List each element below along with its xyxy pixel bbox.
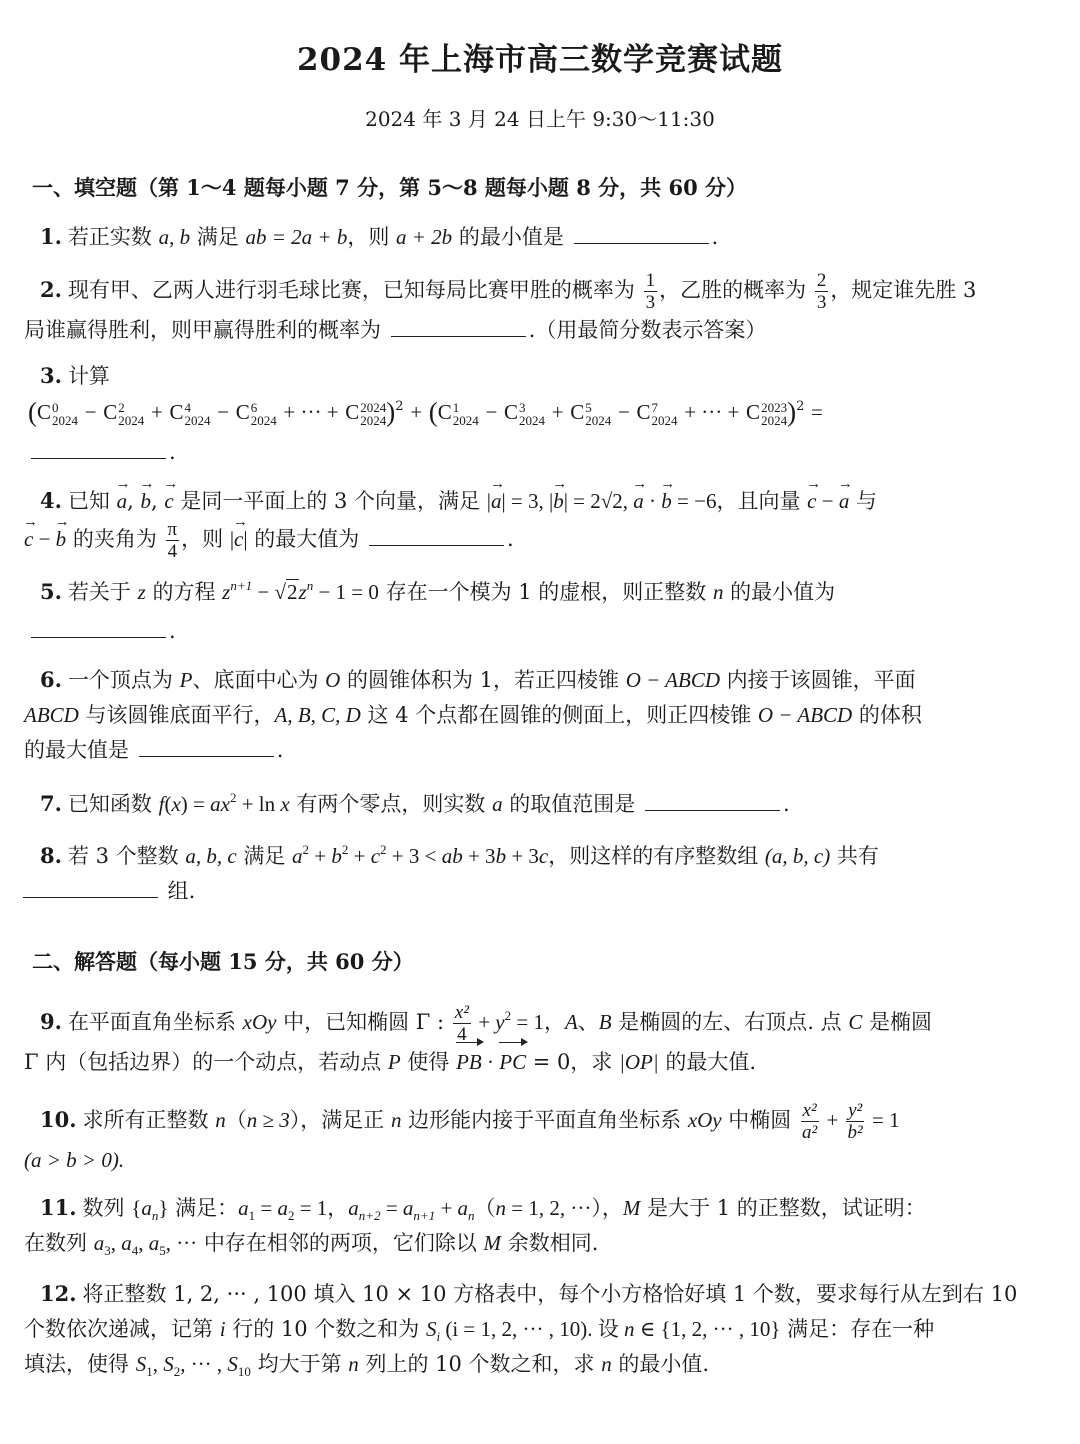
fraction: π4 <box>166 519 180 562</box>
binomial: C02024 <box>37 400 78 424</box>
math: a <box>149 1231 160 1255</box>
math: O − ABCD <box>626 668 720 692</box>
math: − <box>217 400 229 424</box>
text-span: 共有 <box>830 844 879 868</box>
math: = <box>811 400 823 424</box>
math: x <box>171 792 180 816</box>
question-number: 6. <box>40 667 62 692</box>
math: n <box>601 1352 612 1376</box>
question-number: 9. <box>40 1009 62 1034</box>
paren: ( <box>28 397 37 427</box>
math: ab = 2a + b <box>245 225 347 249</box>
text-span: 是大于 1 的正整数，试证明： <box>640 1196 925 1220</box>
math: a <box>292 844 303 868</box>
text-span: 72024 <box>652 401 678 427</box>
exam-page: 2024 年上海市高三数学竞赛试题 2024 年 3 月 24 日上午 9:30… <box>0 0 1080 1444</box>
math: + 3 < <box>387 844 442 868</box>
text-span: 有两个零点，则实数 <box>290 792 492 816</box>
math: b² <box>846 1122 865 1143</box>
question-6: 6.一个顶点为 P、底面中心为 O 的圆锥体积为 1，若正四棱锥 O − ABC… <box>32 662 1052 768</box>
math: ab <box>442 844 463 868</box>
vector-PB: PB <box>456 1045 482 1080</box>
math: |OP| <box>619 1050 659 1074</box>
text-span: 在数列 <box>24 1231 94 1255</box>
text-span: c <box>24 522 33 557</box>
math: n+1 <box>230 578 252 593</box>
fraction: 13 <box>644 270 658 313</box>
text-span: ，则这样的有序整数组 <box>548 844 765 868</box>
math: xOy <box>688 1108 722 1132</box>
section-heading-fill-in: 一、填空题（第 1～4 题每小题 7 分，第 5～8 题每小题 8 分，共 60… <box>32 172 747 202</box>
question-text: 的方程 <box>146 580 222 604</box>
math: + <box>309 844 331 868</box>
text-span: 这 4 个点都在圆锥的侧面上，则正四棱锥 <box>361 703 758 727</box>
question-text: ，乙胜的概率为 <box>659 278 813 302</box>
text-span: 42024 <box>184 401 210 427</box>
math: n <box>496 1196 507 1220</box>
math: + <box>473 1010 495 1034</box>
math: | = 2√2, <box>564 489 634 513</box>
math: A, B, C, D <box>275 703 361 727</box>
math: n ≥ 3 <box>247 1108 290 1132</box>
math: − 1 = 0 <box>313 580 379 604</box>
punctuation: . <box>169 440 176 464</box>
text-span: ），满足正 <box>290 1108 391 1132</box>
question-number: 11. <box>40 1195 77 1220</box>
vector-b: b <box>140 484 151 519</box>
text-span: 22024 <box>118 401 144 427</box>
math: a <box>403 1196 414 1220</box>
text-span: 满足： <box>168 1196 238 1220</box>
text-span: ， <box>327 1196 348 1220</box>
text-span: a <box>491 484 502 519</box>
math: S <box>426 1317 437 1341</box>
text-span: 2024 <box>585 414 611 427</box>
math: , <box>153 1352 164 1376</box>
question-7: 7.已知函数 f(x) = ax2 + ln x 有两个零点，则实数 a 的取值… <box>32 786 1052 822</box>
math: B <box>599 1010 612 1034</box>
answer-blank <box>139 755 274 757</box>
answer-blank <box>369 544 504 546</box>
math: ax <box>210 792 230 816</box>
text-span: 满足：存在一种 <box>780 1317 934 1341</box>
binomial: C42024 <box>169 400 210 424</box>
question-2: 2.现有甲、乙两人进行羽毛球比赛，已知每局比赛甲胜的概率为 13，乙胜的概率为 … <box>32 270 1052 348</box>
math: O − ABCD <box>758 703 852 727</box>
math: a <box>94 1231 105 1255</box>
text-span: 20232024 <box>761 401 787 427</box>
math: = 1 <box>867 1108 900 1132</box>
text-span: 一个顶点为 <box>68 668 180 692</box>
math: = 1， <box>511 1010 565 1034</box>
math: n <box>624 1317 635 1341</box>
text-span: 2024 <box>118 414 144 427</box>
text-span: 数列 <box>83 1196 132 1220</box>
math: ) <box>386 397 395 427</box>
text-span: 在平面直角坐标系 <box>68 1010 243 1034</box>
question-number: 3. <box>40 363 62 388</box>
math: z <box>299 580 307 604</box>
question-text: ，且向量 <box>716 489 807 513</box>
math: n <box>391 1108 402 1132</box>
text-span: 使得 <box>401 1050 456 1074</box>
question-number: 2. <box>40 277 62 302</box>
math: (i = 1, 2, ··· , 10). 设 <box>445 1317 624 1341</box>
text-span: . <box>783 792 790 816</box>
text-span: 2024 <box>453 414 479 427</box>
vector-a: a <box>117 484 128 519</box>
math: 4 <box>166 541 180 562</box>
text-span: . <box>169 619 176 643</box>
math: C <box>848 1010 862 1034</box>
math: = <box>381 1196 403 1220</box>
text-span: 2 <box>286 579 299 604</box>
text-span: 中存在相邻的两项，它们除以 <box>197 1231 483 1255</box>
math: a <box>141 1196 152 1220</box>
text-span: 若 3 个整数 <box>68 844 185 868</box>
question-text: ，规定谁先胜 3 <box>830 278 976 302</box>
text-span: 2024 <box>761 414 787 427</box>
math: + <box>821 1108 843 1132</box>
math: + ··· + <box>283 400 338 424</box>
math: | = 3, | <box>501 489 553 513</box>
text-span: b <box>661 484 672 519</box>
math: = −6 <box>672 489 717 513</box>
question-3: 3.计算 <box>32 358 1052 394</box>
text-span: 的最大值. <box>659 1050 756 1074</box>
text-span: 已知函数 <box>68 792 159 816</box>
fraction: x²a² <box>800 1100 819 1143</box>
question-text: 的最小值是 <box>452 225 570 249</box>
text-span: 填法，使得 <box>24 1352 136 1376</box>
math: + 3 <box>463 844 496 868</box>
text-span: 2024 <box>52 414 78 427</box>
math: c <box>371 844 380 868</box>
question-text: 已知 <box>68 489 117 513</box>
text-span: = 0，求 <box>526 1050 619 1074</box>
text-span: . <box>277 738 284 762</box>
answer-blank <box>645 809 780 811</box>
math: a² <box>800 1122 819 1143</box>
question-text: ，则 <box>181 527 230 551</box>
question-10: 10.求所有正整数 n（n ≥ 3），满足正 n 边形能内接于平面直角坐标系 x… <box>32 1100 1052 1178</box>
math: + ··· + <box>684 400 739 424</box>
text-span: 02024 <box>52 401 78 427</box>
question-number: 10. <box>40 1107 77 1132</box>
math: n+1 <box>413 1208 435 1223</box>
math: n <box>348 1352 359 1376</box>
page-title: 2024 年上海市高三数学竞赛试题 <box>0 34 1080 79</box>
math: − <box>252 580 274 604</box>
math: = <box>255 1196 277 1220</box>
math: y <box>495 1010 504 1034</box>
question-12: 12.将正整数 1, 2, ··· , 100 填入 10 × 10 方格表中，… <box>32 1276 1052 1382</box>
text-span: （ <box>226 1108 247 1132</box>
section-heading-solutions: 二、解答题（每小题 15 分，共 60 分） <box>32 946 414 976</box>
text-span: a <box>633 484 644 519</box>
text-span: 62024 <box>251 401 277 427</box>
question-9: 9.在平面直角坐标系 xOy 中，已知椭圆 Γ : x²4 + y2 = 1，A… <box>32 1002 1052 1080</box>
text-span: 2024 <box>360 414 386 427</box>
answer-blank <box>31 636 166 638</box>
text-span: 20242024 <box>360 401 386 427</box>
math: , ··· , <box>180 1352 227 1376</box>
text-span: 均大于第 <box>251 1352 348 1376</box>
math: ∈ {1, 2, ··· , 10} <box>635 1317 781 1341</box>
question-number: 12. <box>40 1281 77 1306</box>
math: a + 2b <box>396 225 452 249</box>
question-text: 现有甲、乙两人进行羽毛球比赛，已知每局比赛甲胜的概率为 <box>68 278 642 302</box>
text-span: 中，已知椭圆 Γ : <box>276 1010 450 1034</box>
math: π <box>166 519 180 541</box>
math: √2 <box>274 575 298 610</box>
question-11: 11.数列 {an} 满足：a1 = a2 = 1，an+2 = an+1 + … <box>32 1190 1052 1261</box>
math: · <box>482 1050 500 1074</box>
numerator: 2 <box>815 270 829 292</box>
text-span: b <box>553 484 564 519</box>
text-span: 求所有正整数 <box>83 1108 216 1132</box>
text-span: 的圆锥体积为 1，若正四棱锥 <box>340 668 625 692</box>
text-span: 边形能内接于平面直角坐标系 <box>401 1108 687 1132</box>
math: x² <box>801 1100 819 1122</box>
math: , <box>111 1231 122 1255</box>
text-span: （ <box>475 1196 496 1220</box>
binomial: C20242024 <box>345 400 386 424</box>
text-span: a <box>839 484 850 519</box>
math: c <box>539 844 548 868</box>
math: n <box>713 580 724 604</box>
numerator: 1 <box>644 270 658 292</box>
text-span: 列上的 10 个数之和，求 <box>359 1352 601 1376</box>
math: ) <box>787 397 796 427</box>
binomial: C72024 <box>636 400 677 424</box>
exam-date-time: 2024 年 3 月 24 日上午 9:30～11:30 <box>0 103 1080 132</box>
math: a <box>348 1196 359 1220</box>
question-3-expression: (C02024 − C22024 + C42024 − C62024 + ···… <box>28 395 1048 430</box>
text-span: 个数依次递减，记第 <box>24 1317 220 1341</box>
question-number: 5. <box>40 579 62 604</box>
binomial: C32024 <box>504 400 545 424</box>
math: − <box>618 400 630 424</box>
math: y² <box>846 1100 864 1122</box>
math: a <box>121 1231 132 1255</box>
text-span: 2024 <box>184 414 210 427</box>
text-span: 内接于该圆锥，平面 <box>720 668 916 692</box>
math: + <box>410 400 422 424</box>
vector-c: c <box>164 484 173 519</box>
binomial: C22024 <box>103 400 144 424</box>
question-text: 计算 <box>68 364 110 388</box>
math: , ··· <box>166 1231 197 1255</box>
answer-blank <box>23 896 158 898</box>
text-span: 满足 <box>237 844 292 868</box>
math: M <box>623 1196 641 1220</box>
math: a, b, c <box>185 844 236 868</box>
math: , <box>138 1231 149 1255</box>
math: A <box>565 1010 578 1034</box>
question-5-answer-line: . <box>28 614 1048 649</box>
question-5: 5.若关于 z 的方程 zn+1 − √2zn − 1 = 0 存在一个模为 1… <box>32 574 1052 610</box>
question-text: 存在一个模为 1 的虚根，则正整数 <box>379 580 713 604</box>
math: n+2 <box>359 1208 381 1223</box>
question-text: 若正实数 <box>68 225 159 249</box>
math: − <box>485 400 497 424</box>
math: − <box>85 400 97 424</box>
math: + <box>151 400 163 424</box>
math: = 1, 2, ··· <box>506 1196 591 1220</box>
denominator: 3 <box>815 292 829 313</box>
math: ) = <box>181 792 210 816</box>
math: P <box>388 1050 401 1074</box>
binomial: C20232024 <box>746 400 787 424</box>
math: a <box>458 1196 469 1220</box>
math: a <box>277 1196 288 1220</box>
math: = 1 <box>294 1196 327 1220</box>
question-text: 的最小值为 <box>723 580 835 604</box>
math: a <box>492 792 503 816</box>
math: S <box>227 1352 238 1376</box>
punctuation: . <box>712 225 719 249</box>
math: + ln <box>236 792 280 816</box>
text-span: Γ 内（包括边界）的一个动点，若动点 <box>24 1050 388 1074</box>
question-number: 8. <box>40 843 62 868</box>
text-span: b <box>56 522 67 557</box>
question-text: .（用最简分数表示答案） <box>529 318 767 342</box>
text-span: 行的 10 个数之和为 <box>226 1317 426 1341</box>
math: z <box>138 580 146 604</box>
text-span: 与该圆锥底面平行， <box>79 703 275 727</box>
question-number: 7. <box>40 791 62 816</box>
fraction: x²4 <box>453 1002 471 1045</box>
math: + <box>552 400 564 424</box>
question-4: 4.已知 a, b, c 是同一平面上的 3 个向量，满足 |a| = 3, |… <box>32 483 1052 562</box>
math: (a, b, c) <box>765 844 830 868</box>
text-span: 的最大值是 <box>24 738 136 762</box>
math: x² <box>453 1002 471 1024</box>
fraction: y²b² <box>846 1100 865 1143</box>
math: ( <box>429 397 438 427</box>
text-span: 的取值范围是 <box>503 792 642 816</box>
answer-blank <box>31 457 166 459</box>
math: O <box>325 668 340 692</box>
math: 10 <box>238 1364 251 1379</box>
binomial: C52024 <box>570 400 611 424</box>
text-span: c <box>807 484 816 519</box>
text-span: 中椭圆 <box>722 1108 798 1132</box>
math: + 3 <box>506 844 539 868</box>
question-3-answer-line: . <box>28 435 1048 470</box>
math: b <box>331 844 342 868</box>
text-span: 32024 <box>519 401 545 427</box>
text-span: 余数相同. <box>501 1231 598 1255</box>
text-span: 是椭圆的左、右顶点. 点 <box>612 1010 849 1034</box>
vector-PC: PC <box>499 1045 526 1080</box>
math: } <box>158 1196 168 1220</box>
math: xOy <box>243 1010 277 1034</box>
question-number: 1. <box>40 224 62 249</box>
text-span: 52024 <box>585 401 611 427</box>
text-span: 12024 <box>453 401 479 427</box>
math: + <box>348 844 370 868</box>
text-span: 2 <box>395 399 403 414</box>
text-span: 2 <box>796 399 804 414</box>
text-span: 2024 <box>519 414 545 427</box>
question-text: 是同一平面上的 3 个向量，满足 <box>174 489 487 513</box>
math: a <box>238 1196 249 1220</box>
question-text: 若关于 <box>68 580 138 604</box>
text-span: 组. <box>161 879 195 903</box>
text-span: ）， <box>591 1196 623 1220</box>
math: S <box>136 1352 147 1376</box>
binomial: C12024 <box>438 400 479 424</box>
text-span: 2024 <box>251 414 277 427</box>
text-span: 的体积 <box>852 703 922 727</box>
question-1: 1.若正实数 a, b 满足 ab = 2a + b，则 a + 2b 的最小值… <box>32 219 1052 255</box>
math: S <box>163 1352 174 1376</box>
answer-blank <box>391 335 526 337</box>
math: + <box>435 1196 457 1220</box>
math: P <box>180 668 193 692</box>
question-text: 的最大值为 <box>248 527 366 551</box>
math: (a > b > 0). <box>24 1148 124 1172</box>
text-span: 将正整数 1, 2, ··· , 100 填入 10 × 10 方格表中，每个小… <box>83 1282 1018 1306</box>
text-span: . <box>507 527 514 551</box>
text-span: 、底面中心为 <box>192 668 325 692</box>
question-8: 8.若 3 个整数 a, b, c 满足 a2 + b2 + c2 + 3 < … <box>32 838 1052 909</box>
denominator: 3 <box>644 292 658 313</box>
math: M <box>484 1231 502 1255</box>
binomial: C62024 <box>236 400 277 424</box>
text-span: 是椭圆 <box>862 1010 932 1034</box>
question-text: 与 <box>849 489 877 513</box>
math: ABCD <box>24 703 79 727</box>
math: b <box>496 844 507 868</box>
math: a, b <box>159 225 191 249</box>
math: n <box>215 1108 226 1132</box>
answer-blank <box>574 242 709 244</box>
math: x <box>280 792 289 816</box>
question-text: 局谁赢得胜利，则甲赢得胜利的概率为 <box>24 318 388 342</box>
text-span: c <box>234 522 243 557</box>
math: { <box>131 1196 141 1220</box>
text-span: 2024 <box>652 414 678 427</box>
question-text: ，则 <box>347 225 396 249</box>
question-text: 满足 <box>190 225 245 249</box>
fraction: 23 <box>815 270 829 313</box>
question-text: 的夹角为 <box>66 527 163 551</box>
text-span: 的最小值. <box>612 1352 709 1376</box>
